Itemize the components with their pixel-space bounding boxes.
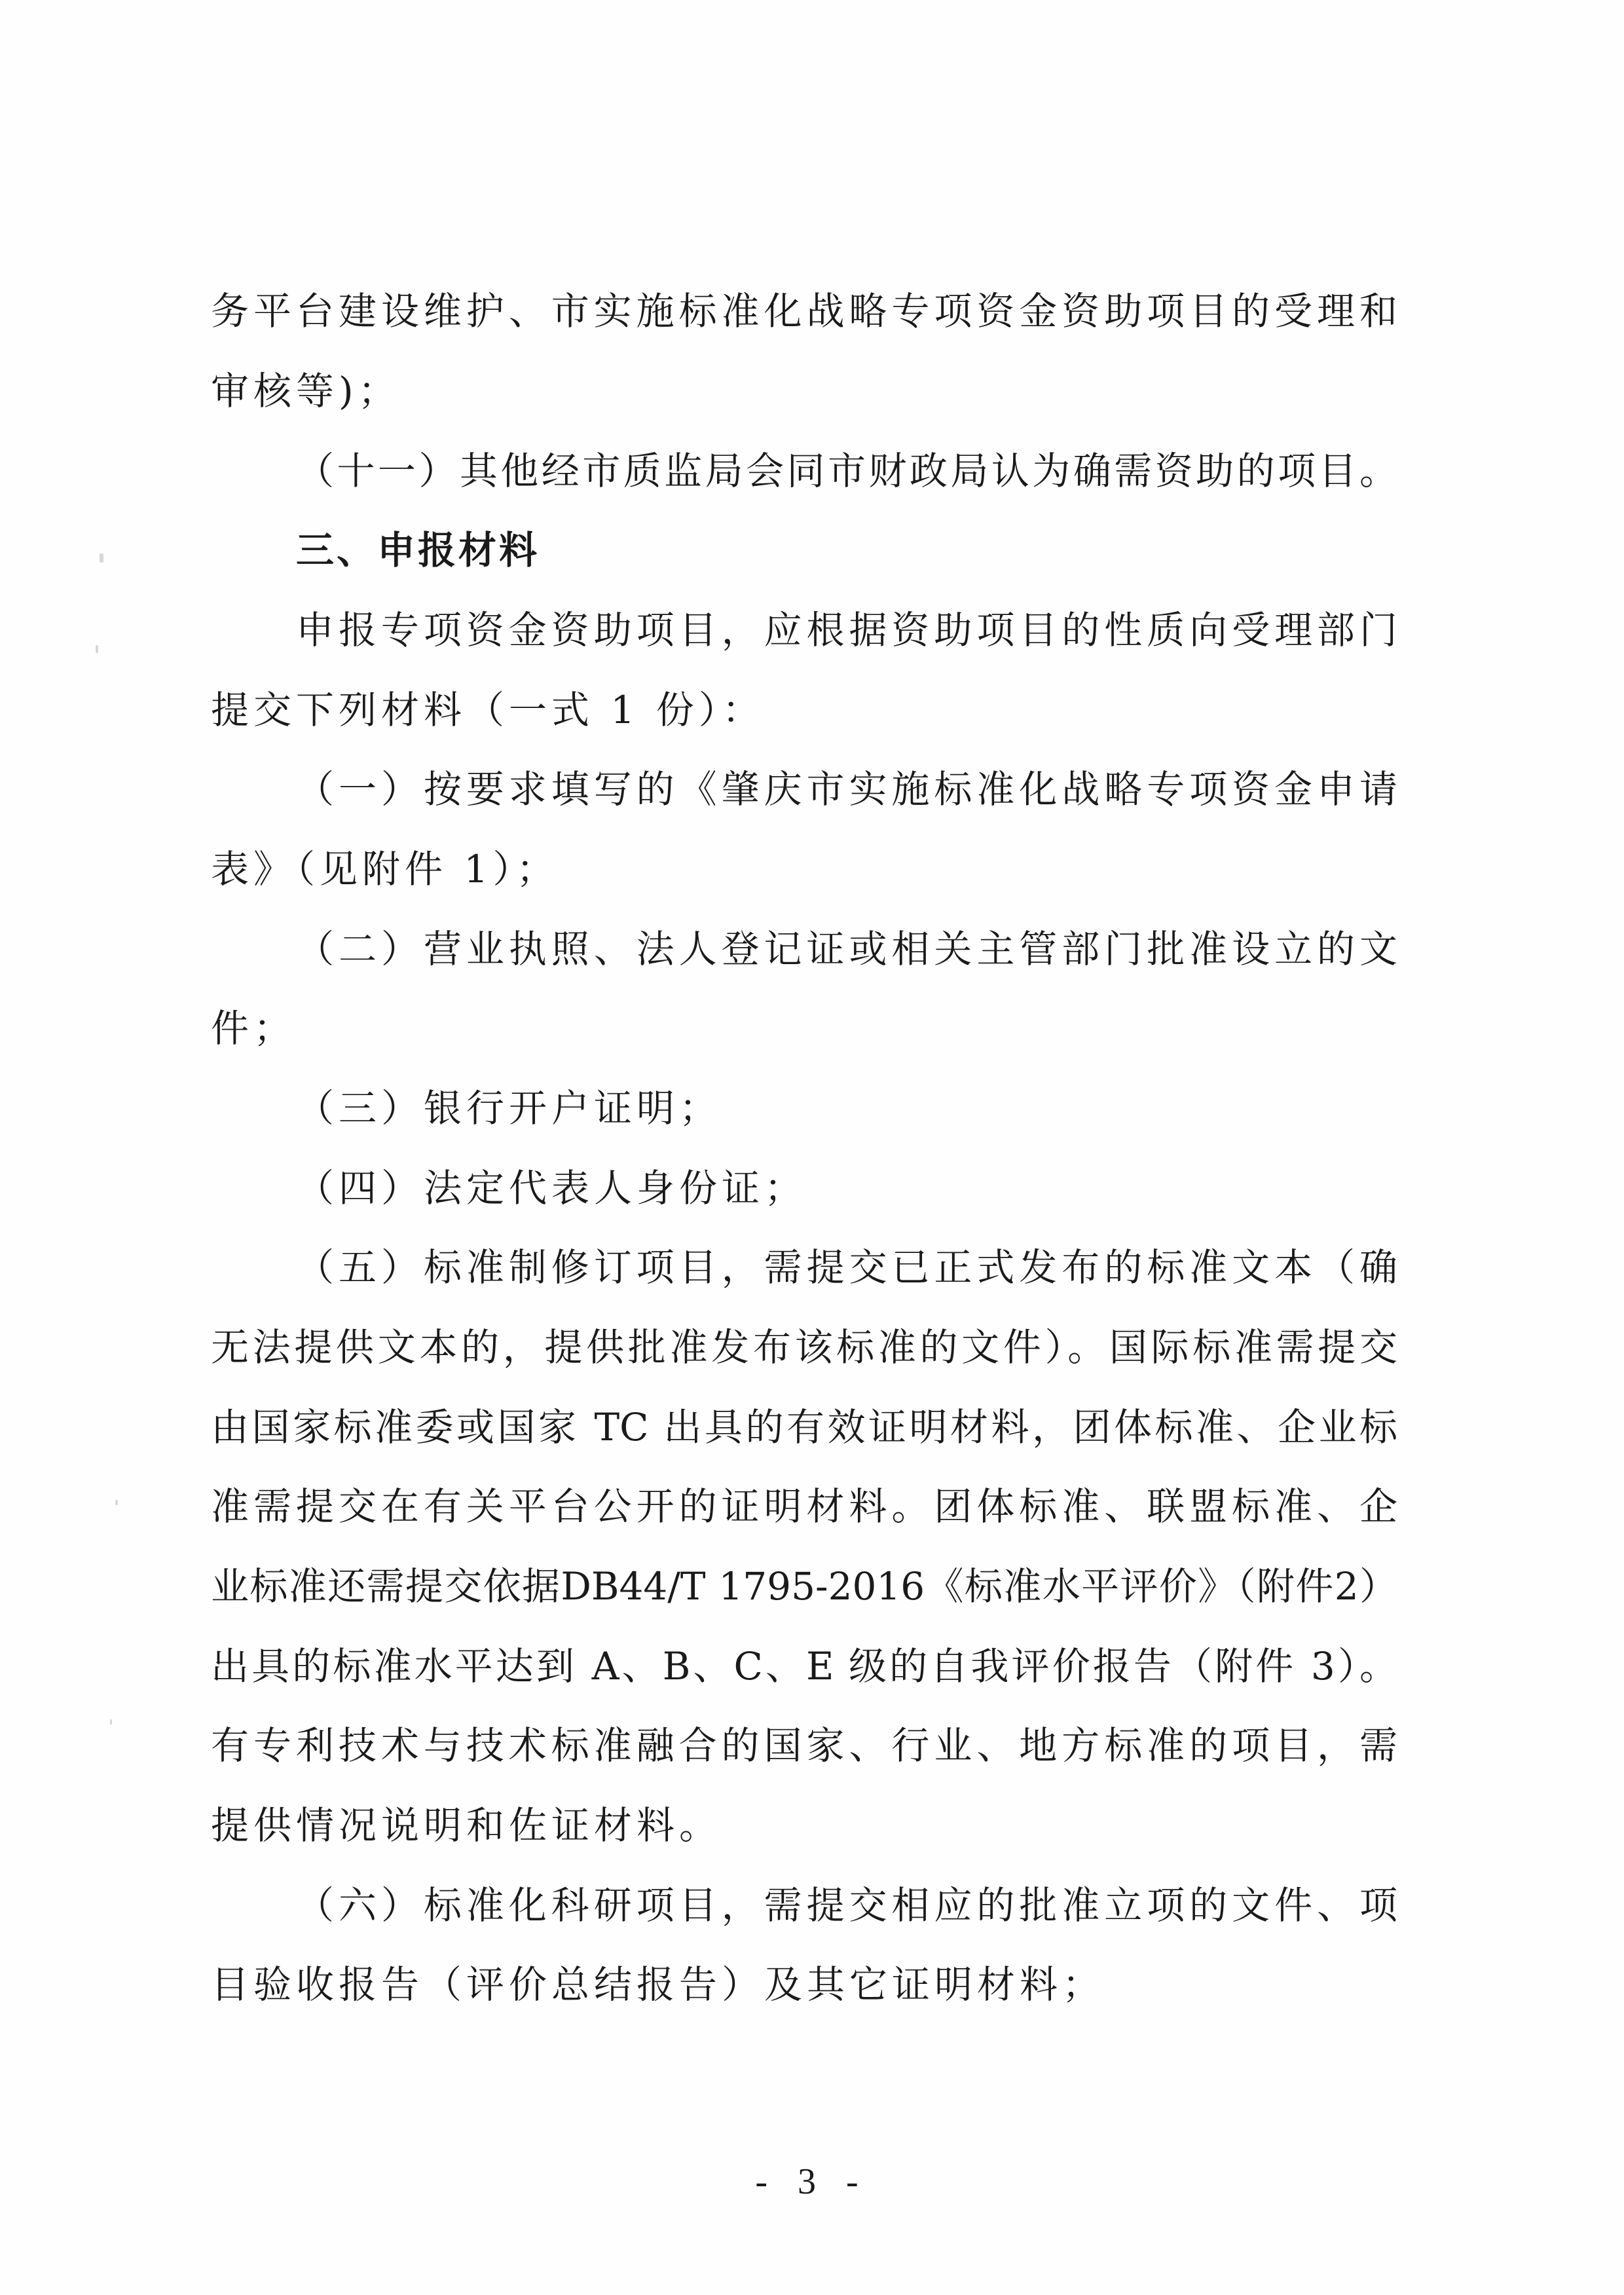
scan-artifact xyxy=(115,1500,118,1505)
text-line: 出具的标准水平达到 A、B、C、E 级的自我评价报告（附件 3）。 xyxy=(211,1640,1397,1692)
list-item-1: （一）按要求填写的《肇庆市实施标准化战略专项资金申请 xyxy=(296,763,1397,815)
text-line: 务平台建设维护、市实施标准化战略专项资金资助项目的受理和 xyxy=(211,285,1397,337)
text-line: 业标准还需提交依据DB44/T 1795-2016《标准水平评价》（附件2） xyxy=(211,1560,1397,1613)
section-heading: 三、申报材料 xyxy=(296,524,1397,576)
scan-artifact xyxy=(96,645,98,653)
page-number: - 3 - xyxy=(0,2159,1624,2205)
text-line: 准需提交在有关平台公开的证明材料。团体标准、联盟标准、企 xyxy=(211,1480,1397,1533)
list-item-2: （二）营业执照、法人登记证或相关主管部门批准设立的文 xyxy=(296,923,1397,975)
text-line: 目验收报告（评价总结报告）及其它证明材料； xyxy=(211,1958,1397,2011)
list-item-4: （四）法定代表人身份证； xyxy=(296,1162,1397,1214)
text-line: 有专利技术与技术标准融合的国家、行业、地方标准的项目，需 xyxy=(211,1719,1397,1772)
text-line: 提交下列材料（一式 1 份）： xyxy=(211,684,1397,736)
text-line: （十一）其他经市质监局会同市财政局认为确需资助的项目。 xyxy=(296,445,1397,497)
scan-artifact xyxy=(110,1719,112,1725)
text-line: 由国家标准委或国家 TC 出具的有效证明材料，团体标准、企业标 xyxy=(211,1401,1397,1453)
text-line: 件； xyxy=(211,1002,1397,1054)
list-item-3: （三）银行开户证明； xyxy=(296,1082,1397,1134)
text-line: 审核等)； xyxy=(211,365,1397,417)
document-page: 务平台建设维护、市实施标准化战略专项资金资助项目的受理和 审核等)； （十一）其… xyxy=(0,0,1624,2295)
text-line: 申报专项资金资助项目，应根据资助项目的性质向受理部门 xyxy=(296,604,1397,656)
list-item-5: （五）标准制修订项目，需提交已正式发布的标准文本（确 xyxy=(296,1241,1397,1294)
list-item-6: （六）标准化科研项目，需提交相应的批准立项的文件、项 xyxy=(296,1879,1397,1931)
scan-artifact xyxy=(100,553,103,563)
text-line: 提供情况说明和佐证材料。 xyxy=(211,1799,1397,1852)
text-line: 表》（见附件 1）； xyxy=(211,843,1397,895)
text-line: 无法提供文本的，提供批准发布该标准的文件）。国际标准需提交 xyxy=(211,1321,1397,1373)
